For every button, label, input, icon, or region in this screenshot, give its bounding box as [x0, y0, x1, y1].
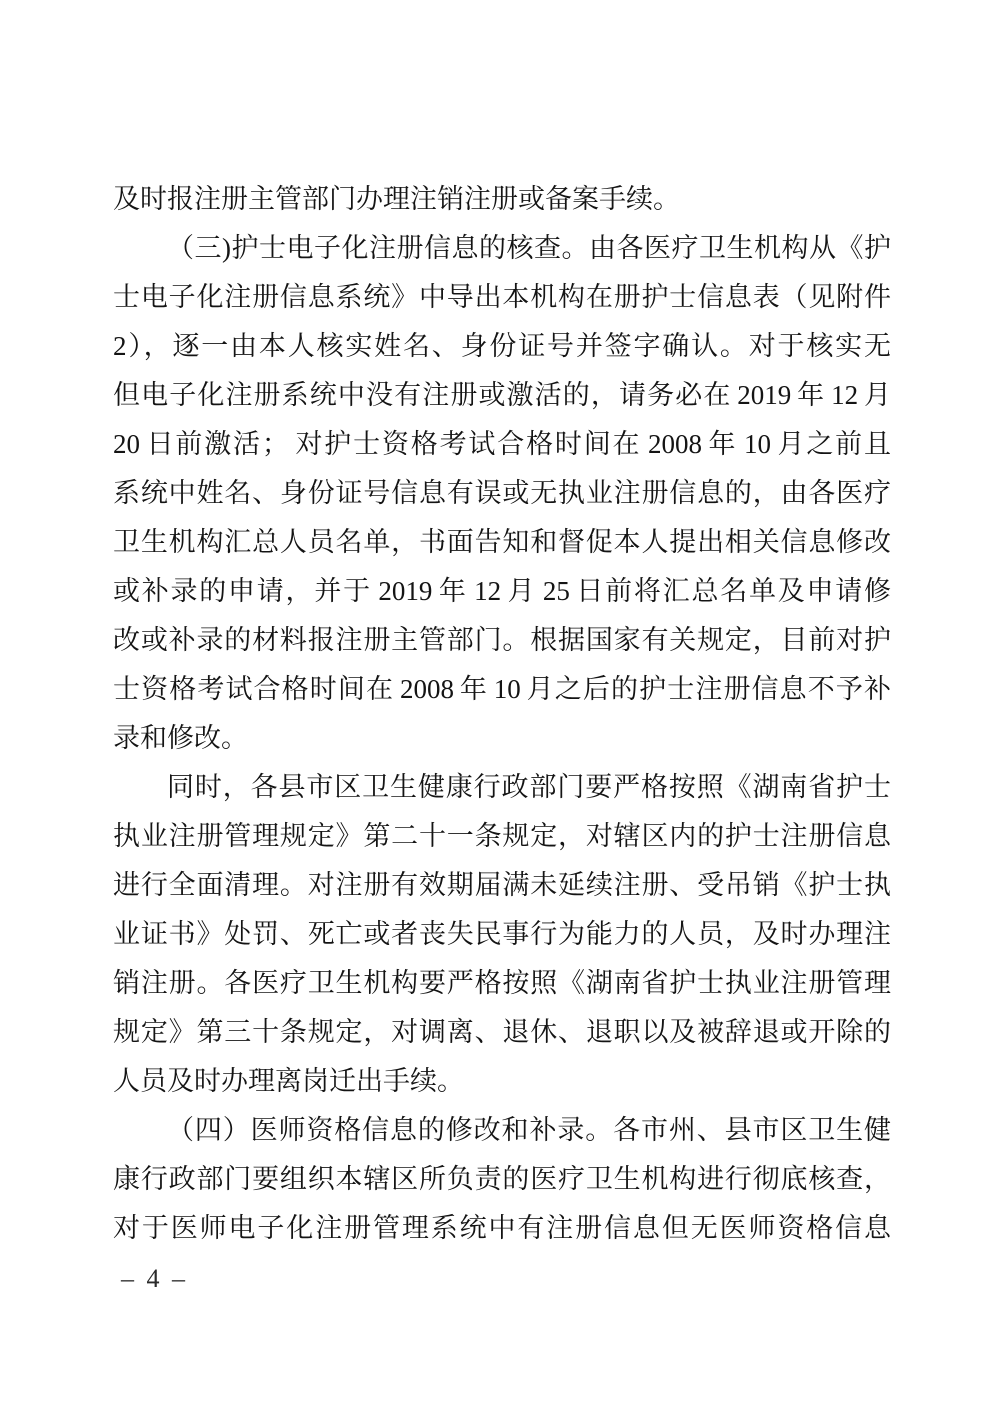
- text-line: 士电子化注册信息系统》中导出本机构在册护士信息表（见附件: [113, 273, 891, 322]
- text-line: 卫生机构汇总人员名单，书面告知和督促本人提出相关信息修改: [113, 518, 891, 567]
- text-line: 销注册。各医疗卫生机构要严格按照《湖南省护士执业注册管理: [113, 959, 891, 1008]
- text-line: 系统中姓名、身份证号信息有误或无执业注册信息的，由各医疗: [113, 469, 891, 518]
- text-line: 人员及时办理离岗迁出手续。: [113, 1057, 891, 1106]
- text-line: 但电子化注册系统中没有注册或激活的，请务必在 2019 年 12 月: [113, 371, 891, 420]
- text-line: 进行全面清理。对注册有效期届满未延续注册、受吊销《护士执: [113, 861, 891, 910]
- text-line: 2），逐一由本人核实姓名、身份证号并签字确认。对于核实无误，: [113, 322, 891, 371]
- text-line: 业证书》处罚、死亡或者丧失民事行为能力的人员，及时办理注: [113, 910, 891, 959]
- text-line: 规定》第三十条规定，对调离、退休、退职以及被辞退或开除的: [113, 1008, 891, 1057]
- text-line: 对于医师电子化注册管理系统中有注册信息但无医师资格信息: [113, 1204, 891, 1253]
- text-line: 执业注册管理规定》第二十一条规定，对辖区内的护士注册信息: [113, 812, 891, 861]
- text-line: 康行政部门要组织本辖区所负责的医疗卫生机构进行彻底核查，: [113, 1155, 891, 1204]
- text-line: 改或补录的材料报注册主管部门。根据国家有关规定，目前对护: [113, 616, 891, 665]
- document-page: 及时报注册主管部门办理注销注册或备案手续。 （三)护士电子化注册信息的核查。由各…: [0, 0, 1000, 1415]
- text-line: 录和修改。: [113, 714, 891, 763]
- text-line: 及时报注册主管部门办理注销注册或备案手续。: [113, 175, 891, 224]
- text-line: 20 日前激活； 对护士资格考试合格时间在 2008 年 10 月之前且: [113, 420, 891, 469]
- page-number: – 4 –: [121, 1264, 188, 1294]
- text-line: 同时，各县市区卫生健康行政部门要严格按照《湖南省护士: [113, 763, 891, 812]
- text-line: 或补录的申请，并于 2019 年 12 月 25 日前将汇总名单及申请修: [113, 567, 891, 616]
- text-line: （四）医师资格信息的修改和补录。各市州、县市区卫生健: [113, 1106, 891, 1155]
- document-body: 及时报注册主管部门办理注销注册或备案手续。 （三)护士电子化注册信息的核查。由各…: [113, 175, 891, 1253]
- text-line: （三)护士电子化注册信息的核查。由各医疗卫生机构从《护: [113, 224, 891, 273]
- text-line: 士资格考试合格时间在 2008 年 10 月之后的护士注册信息不予补: [113, 665, 891, 714]
